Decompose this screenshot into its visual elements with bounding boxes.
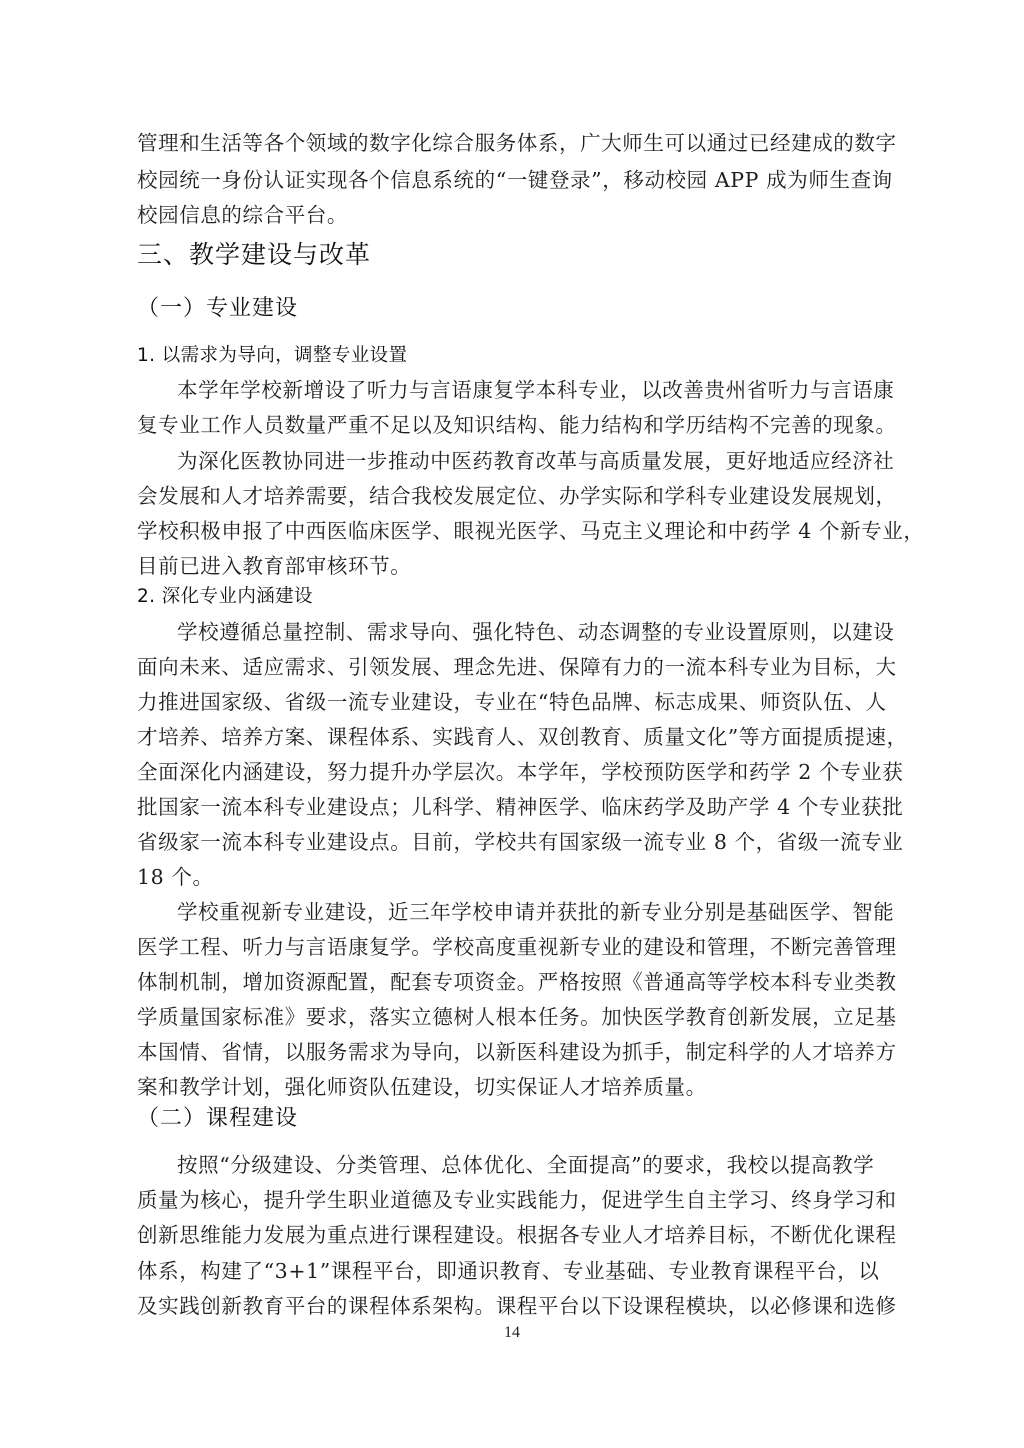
body-text-line: 学校重视新专业建设，近三年学校申请并获批的新专业分别是基础医学、智能 [177,897,868,927]
body-text-line: 目前已进入教育部审核环节。 [137,551,868,581]
section-heading: 三、教学建设与改革 [137,238,371,272]
body-text-line: 18 个。 [137,862,868,892]
body-text-line: 本学年学校新增设了听力与言语康复学本科专业，以改善贵州省听力与言语康 [177,375,868,405]
body-text-line: 学校遵循总量控制、需求导向、强化特色、动态调整的专业设置原则，以建设 [177,617,868,647]
body-text-line: 学质量国家标准》要求，落实立德树人根本任务。加快医学教育创新发展，立足基 [137,1002,868,1032]
body-text-line: 创新思维能力发展为重点进行课程建设。根据各专业人才培养目标，不断优化课程 [137,1220,868,1250]
body-text-line: 体系，构建了“3+1”课程平台，即通识教育、专业基础、专业教育课程平台，以 [137,1256,868,1286]
body-text-line: 面向未来、适应需求、引领发展、理念先进、保障有力的一流本科专业为目标，大 [137,652,868,682]
subsection-heading: （二）课程建设 [137,1103,298,1135]
body-text-line: 校园信息的综合平台。 [137,200,868,230]
document-page: 管理和生活等各个领域的数字化综合服务体系，广大师生可以通过已经建成的数字 校园统… [0,0,1024,1448]
body-text-line: 及实践创新教育平台的课程体系架构。课程平台以下设课程模块，以必修课和选修 [137,1291,868,1321]
body-text-line: 按照“分级建设、分类管理、总体优化、全面提高”的要求，我校以提高教学 [177,1150,868,1180]
body-text-line: 校园统一身份认证实现各个信息系统的“一键登录”，移动校园 APP 成为师生查询 [137,165,868,195]
body-text-line: 会发展和人才培养需要，结合我校发展定位、办学实际和学科专业建设发展规划， [137,481,868,511]
body-text-line: 批国家一流本科专业建设点；儿科学、精神医学、临床药学及助产学 4 个专业获批 [137,792,868,822]
body-text-line: 全面深化内涵建设，努力提升办学层次。本学年，学校预防医学和药学 2 个专业获 [137,757,868,787]
body-text-line: 省级家一流本科专业建设点。目前，学校共有国家级一流专业 8 个，省级一流专业 [137,827,868,857]
body-text-line: 学校积极申报了中西医临床医学、眼视光医学、马克主义理论和中药学 4 个新专业， [137,516,868,546]
item-heading: 1. 以需求为导向，调整专业设置 [137,342,407,370]
body-text-line: 力推进国家级、省级一流专业建设，专业在“特色品牌、标志成果、师资队伍、人 [137,687,868,717]
body-text-line: 才培养、培养方案、课程体系、实践育人、双创教育、质量文化”等方面提质提速， [137,722,868,752]
body-text-line: 本国情、省情，以服务需求为导向，以新医科建设为抓手，制定科学的人才培养方 [137,1037,868,1067]
body-text-line: 为深化医教协同进一步推动中医药教育改革与高质量发展，更好地适应经济社 [177,446,868,476]
body-text-line: 复专业工作人员数量严重不足以及知识结构、能力结构和学历结构不完善的现象。 [137,410,868,440]
body-text-line: 管理和生活等各个领域的数字化综合服务体系，广大师生可以通过已经建成的数字 [137,128,868,158]
body-text-line: 体制机制，增加资源配置，配套专项资金。严格按照《普通高等学校本科专业类教 [137,967,868,997]
body-text-line: 质量为核心，提升学生职业道德及专业实践能力，促进学生自主学习、终身学习和 [137,1185,868,1215]
subsection-heading: （一）专业建设 [137,293,298,325]
item-heading: 2. 深化专业内涵建设 [137,583,313,611]
body-text-line: 案和教学计划，强化师资队伍建设，切实保证人才培养质量。 [137,1072,868,1102]
page-number: 14 [0,1322,1024,1344]
body-text-line: 医学工程、听力与言语康复学。学校高度重视新专业的建设和管理，不断完善管理 [137,932,868,962]
